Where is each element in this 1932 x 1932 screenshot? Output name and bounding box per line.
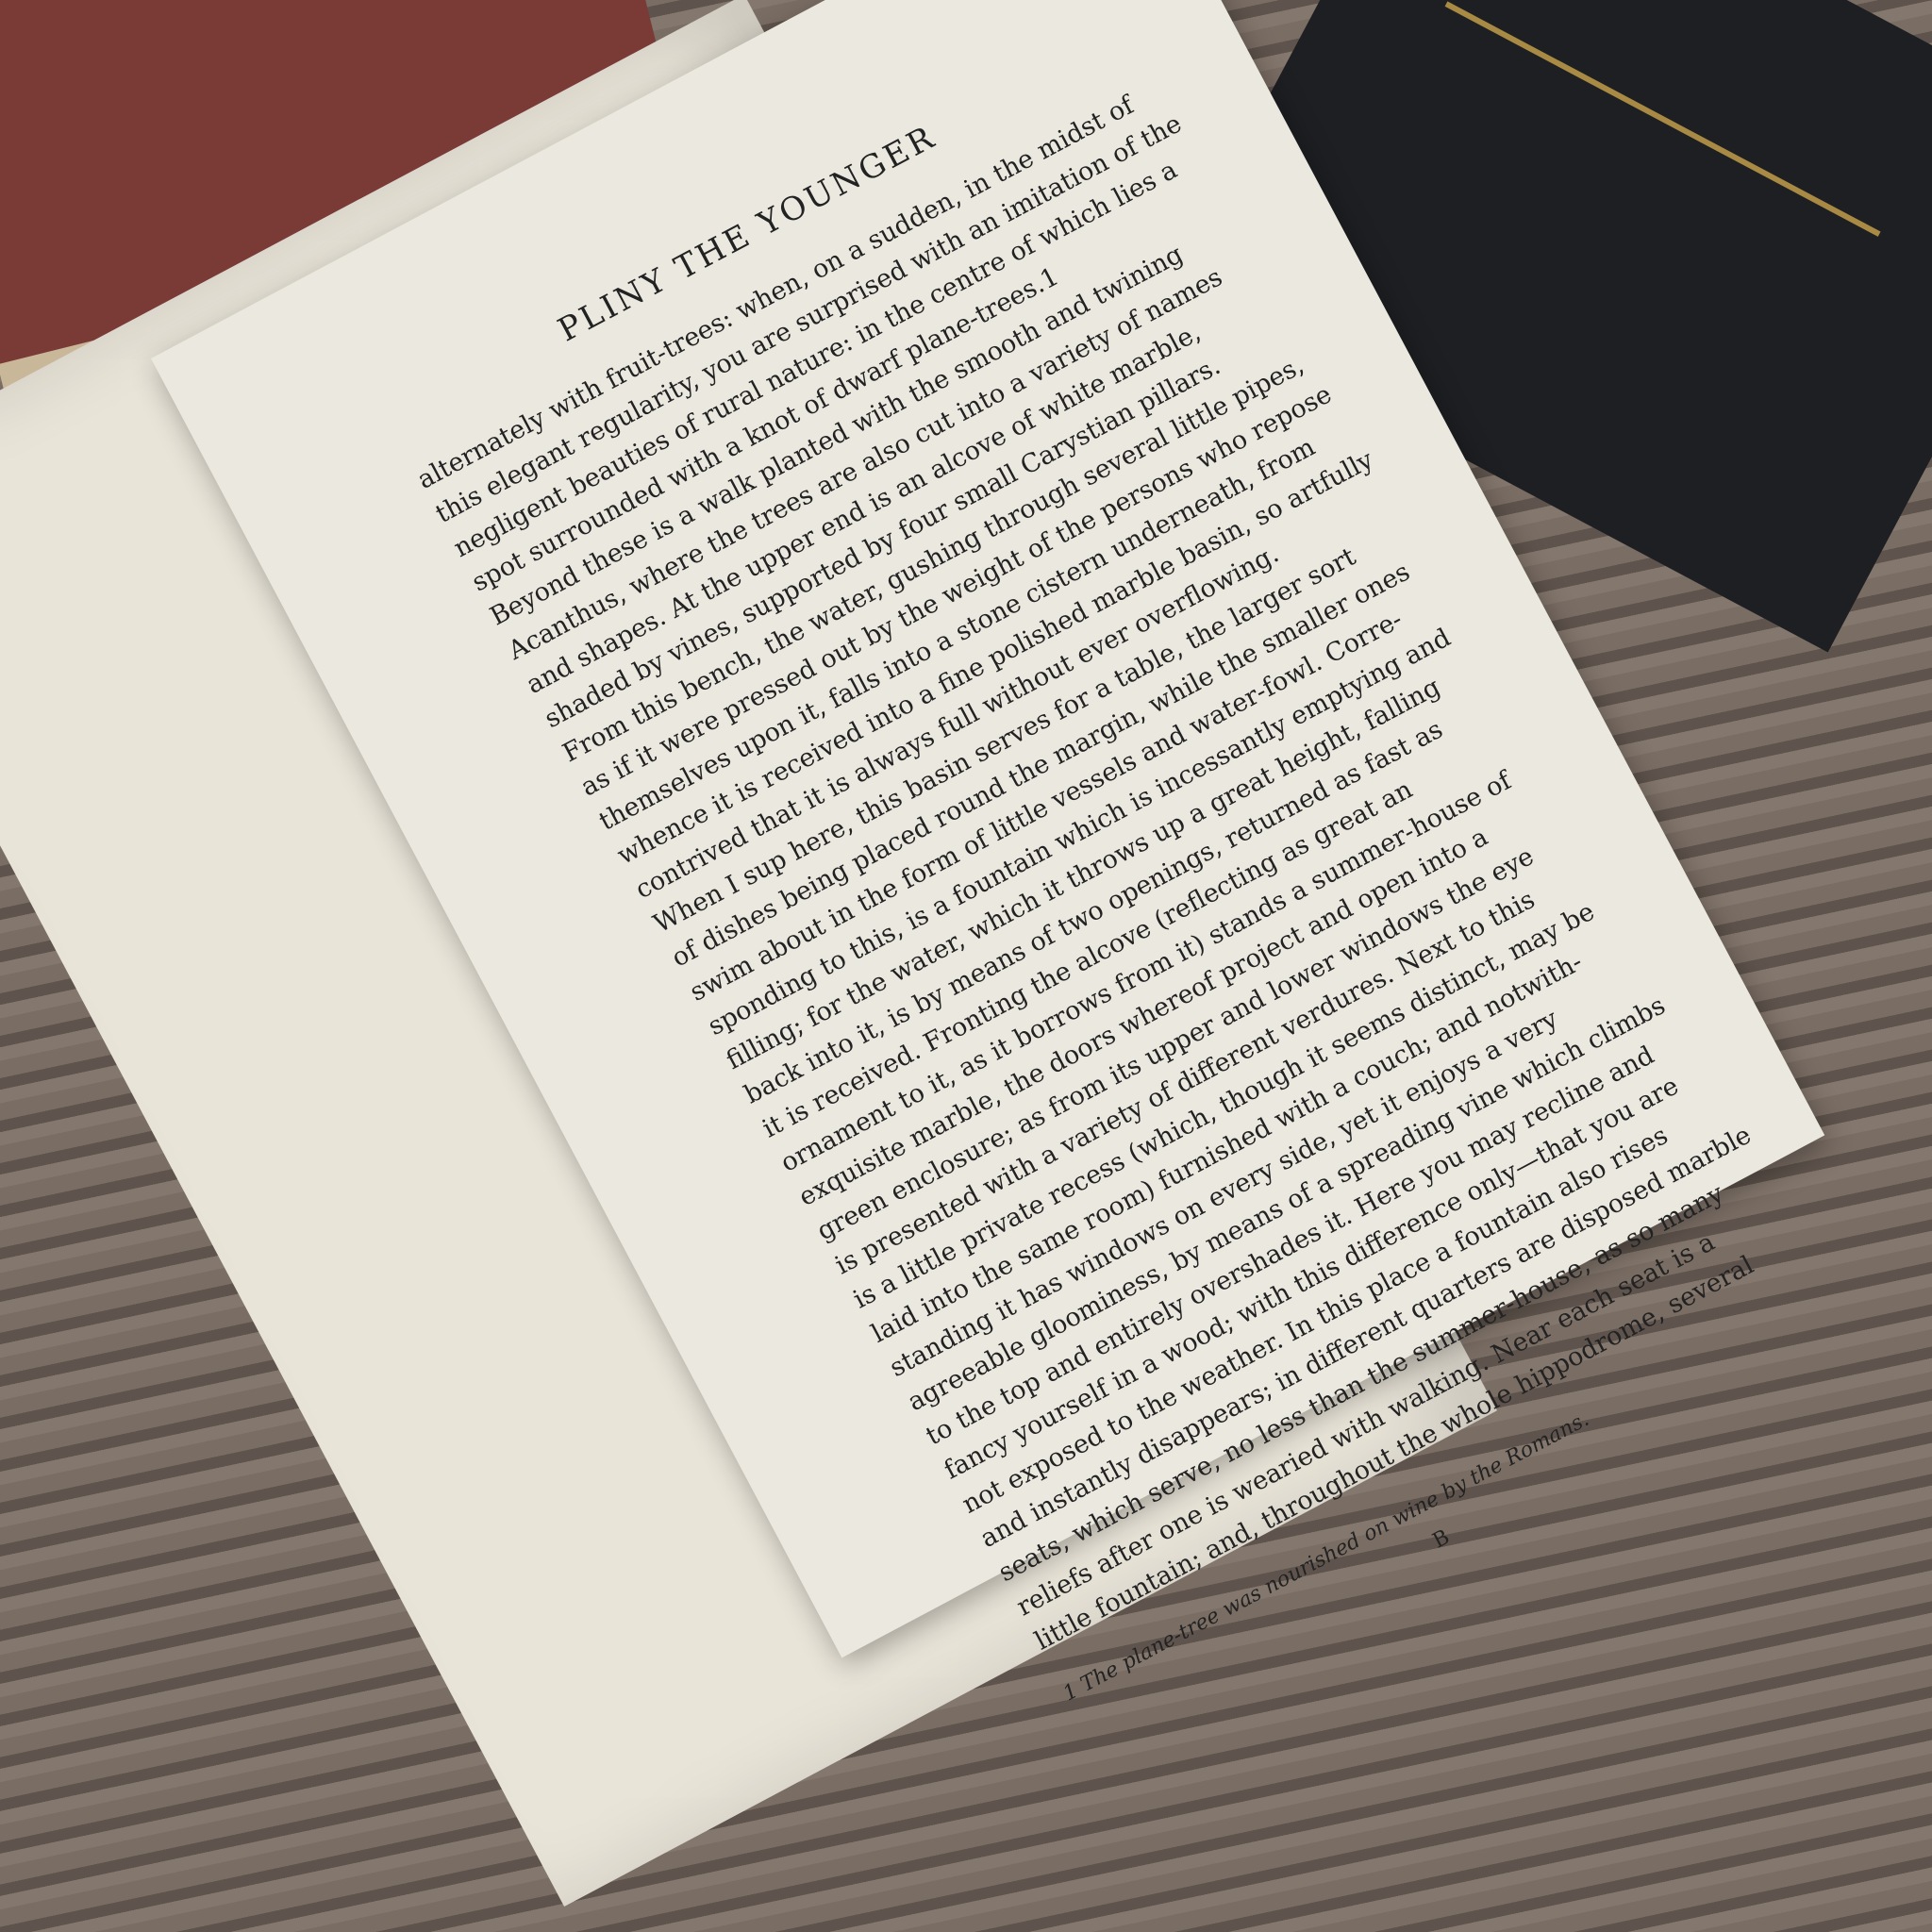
gold-tooling	[1445, 1, 1881, 236]
